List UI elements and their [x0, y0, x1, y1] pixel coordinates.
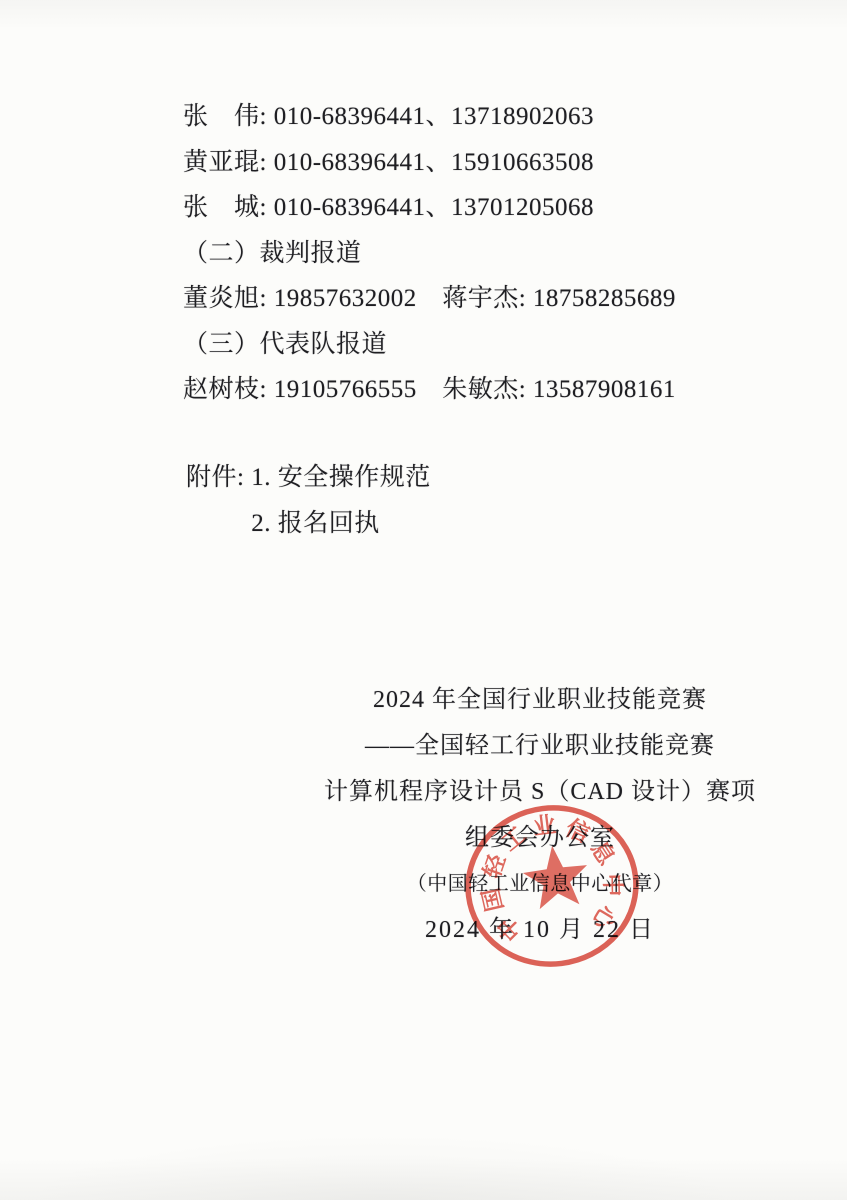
contact-line-zhangwei: 张 伟: 010-68396441、13718902063 [183, 94, 676, 140]
attachments-label: 附件: [186, 455, 251, 501]
contact-line-teams: 赵树枝: 19105766555 朱敏杰: 13587908161 [183, 367, 676, 413]
signature-note: （中国轻工业信息中心代章） [200, 861, 847, 907]
subsection-heading-referee: （二）裁判报道 [183, 231, 676, 277]
attachment-item-1: 1. 安全操作规范 [251, 455, 431, 501]
signature-line-event: 计算机程序设计员 S（CAD 设计）赛项 [200, 769, 847, 815]
signature-line-office: 组委会办公室 [200, 815, 847, 861]
signature-date: 2024 年 10 月 22 日 [200, 907, 847, 953]
contact-line-huangyakun: 黄亚琨: 010-68396441、15910663508 [183, 140, 676, 186]
signature-line-subcompetition: ——全国轻工行业职业技能竞赛 [200, 723, 847, 769]
document-page: 张 伟: 010-68396441、13718902063 黄亚琨: 010-6… [0, 0, 847, 1200]
attachment-item-2: 2. 报名回执 [251, 501, 431, 547]
contact-line-zhangcheng: 张 城: 010-68396441、13701205068 [183, 185, 676, 231]
attachments-section: 附件: 1. 安全操作规范 2. 报名回执 [186, 455, 431, 546]
contact-line-referee: 董炎旭: 19857632002 蒋宇杰: 18758285689 [183, 276, 676, 322]
signature-line-competition: 2024 年全国行业职业技能竞赛 [200, 677, 847, 723]
subsection-heading-teams: （三）代表队报道 [183, 322, 676, 368]
attachments-list: 1. 安全操作规范 2. 报名回执 [251, 455, 431, 546]
contact-section: 张 伟: 010-68396441、13718902063 黄亚琨: 010-6… [183, 94, 676, 413]
signature-section: 2024 年全国行业职业技能竞赛 ——全国轻工行业职业技能竞赛 计算机程序设计员… [200, 677, 847, 953]
